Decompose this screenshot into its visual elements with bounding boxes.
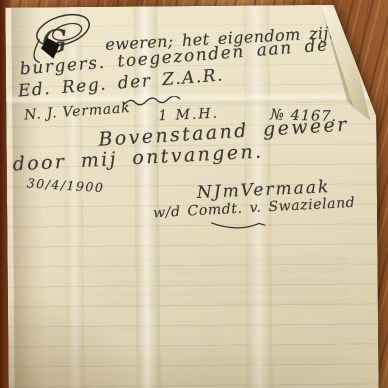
paper-sheet: Geweren; het eigendom zijnde van burgers… [5,4,378,388]
folded-corner [313,6,372,135]
paper-sheet-wrapper: Geweren; het eigendom zijnde van burgers… [0,0,388,388]
photo-of-document: { "colors": { "wood": "#96582c", "wood_d… [0,0,388,388]
signature-flourish [209,219,267,234]
